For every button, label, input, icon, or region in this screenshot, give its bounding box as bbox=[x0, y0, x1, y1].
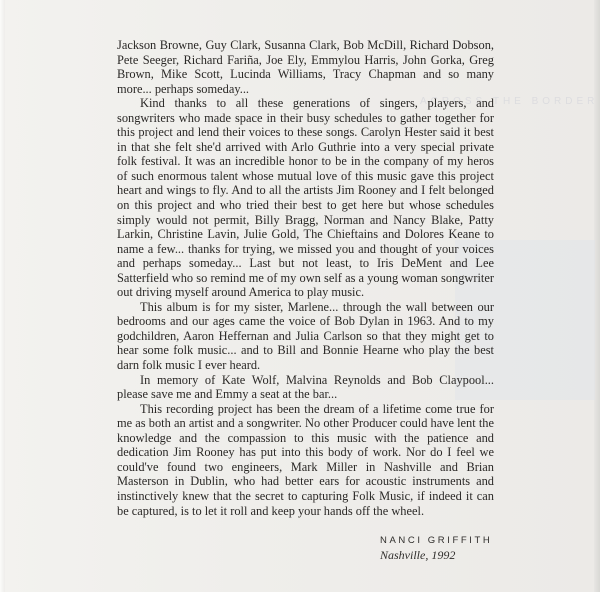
paragraph-dedication: This album is for my sister, Marlene... … bbox=[117, 300, 494, 373]
paragraph-memoriam: In memory of Kate Wolf, Malvina Reynolds… bbox=[117, 373, 494, 402]
signature-place-date: Nashville, 1992 bbox=[380, 548, 492, 563]
signature-name: NANCI GRIFFITH bbox=[380, 534, 492, 548]
paragraph-thanks: Kind thanks to all these generations of … bbox=[117, 96, 494, 300]
booklet-page: ACROSS THE BORDERLINE Jackson Browne, Gu… bbox=[0, 0, 600, 592]
signature-block: NANCI GRIFFITH Nashville, 1992 bbox=[380, 534, 492, 563]
liner-notes-body: Jackson Browne, Guy Clark, Susanna Clark… bbox=[117, 38, 494, 518]
paragraph-producer: This recording project has been the drea… bbox=[117, 402, 494, 518]
page-left-edge bbox=[0, 0, 5, 592]
paragraph-artists: Jackson Browne, Guy Clark, Susanna Clark… bbox=[117, 38, 494, 96]
